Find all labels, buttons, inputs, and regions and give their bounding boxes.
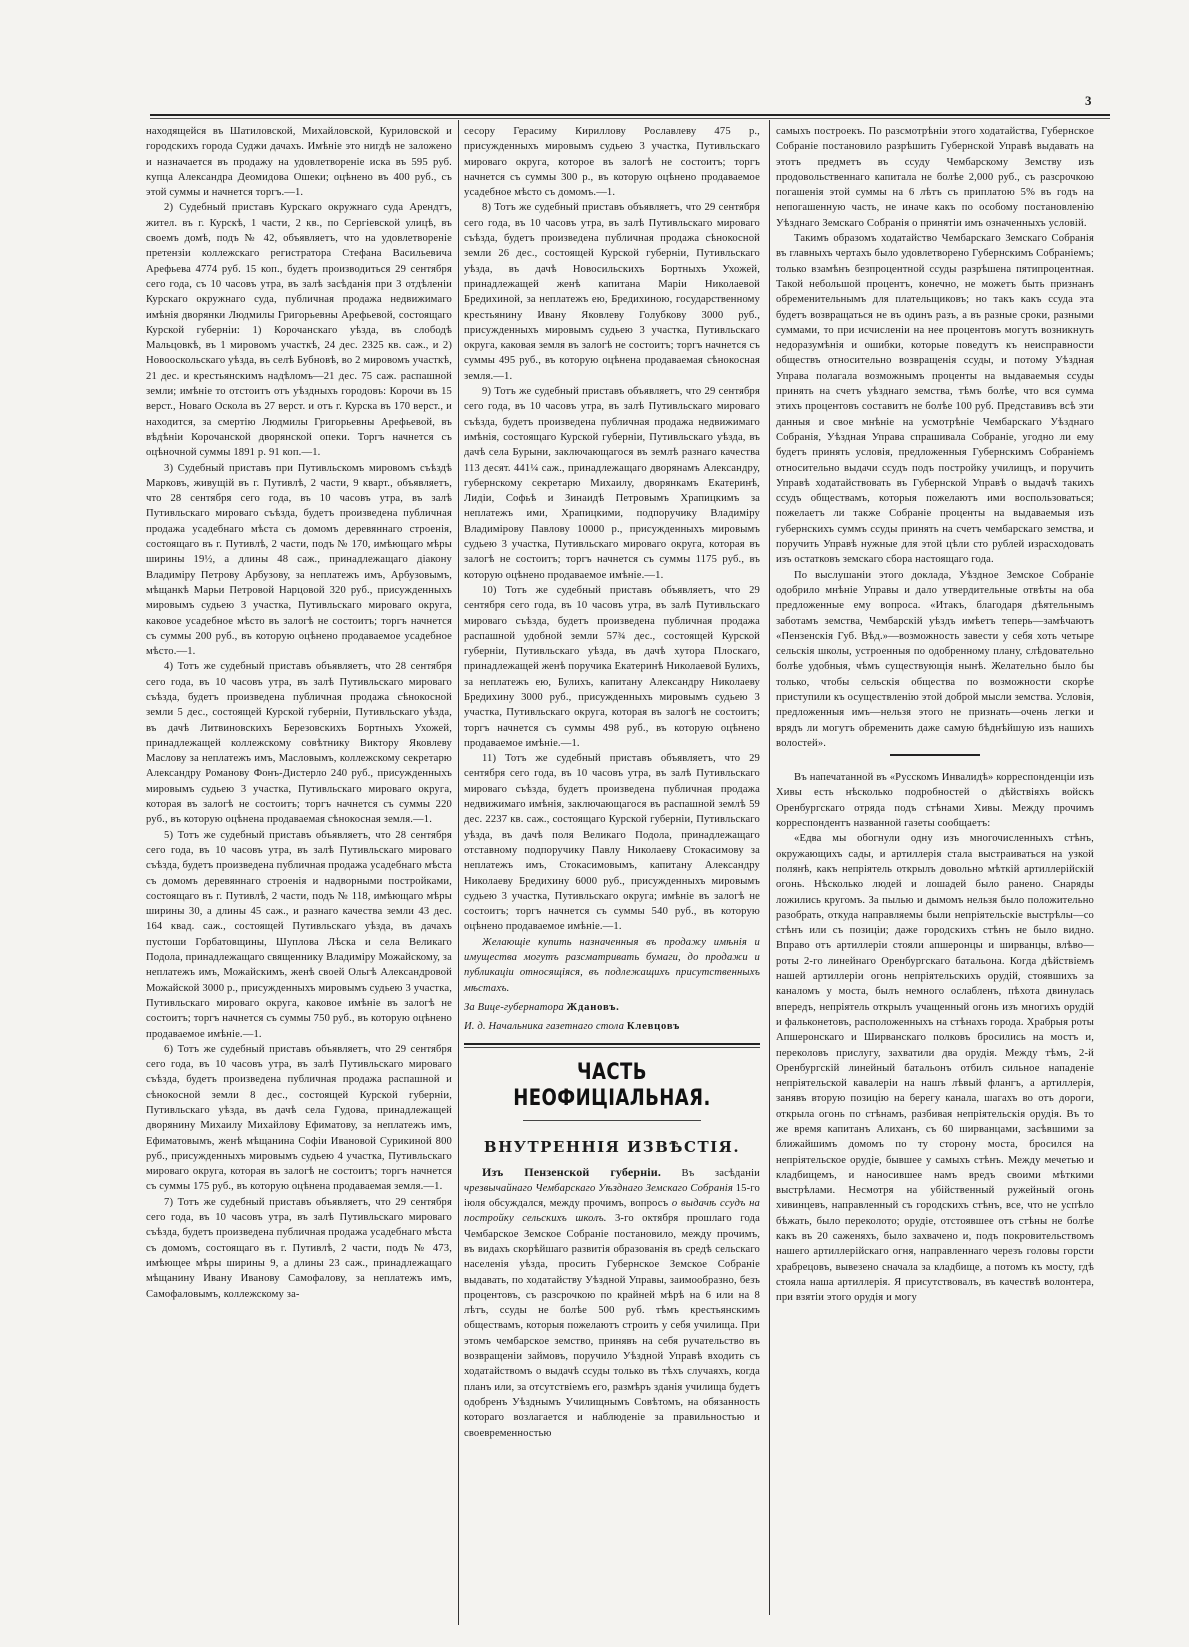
header-rule-thin (150, 118, 1110, 119)
notice-6: 6) Тотъ же судебный приставъ объявляетъ,… (146, 1042, 452, 1195)
article-text: 3-го октября прошлаго года Чембарское Зе… (464, 1213, 760, 1438)
column-unofficial-news: самыхъ построекъ. По разсмотрѣніи этого … (776, 124, 1094, 1306)
signature-name: Ждановъ. (567, 1002, 620, 1013)
article-paragraph: Такимъ образомъ ходатайство Чембарскаго … (776, 231, 1094, 568)
article-divider (890, 754, 980, 756)
article-penza: Изъ Пензенской губерніи. Въ засѣданіи чр… (464, 1165, 760, 1441)
signature-desk: И. д. Начальника газетнаго стола Клевцов… (464, 1019, 760, 1034)
notice-9: 9) Тотъ же судебный приставъ объявляетъ,… (464, 384, 760, 583)
column-official-notices-2: сесору Герасиму Кириллову Рославлеву 475… (464, 124, 760, 1441)
section-divider-thin (464, 1047, 760, 1048)
notice-4: 4) Тотъ же судебный приставъ объявляетъ,… (146, 659, 452, 827)
article-khiva-quote: «Едва мы обогнули одну изъ многочисленны… (776, 831, 1094, 1305)
article-italic: чрезвычайнаго Чембарскаго Уѣзднаго Земск… (464, 1183, 733, 1194)
buyers-notice: Желающіе купить назначенныя въ продажу и… (464, 935, 760, 996)
notice-8: 8) Тотъ же судебный приставъ объявляетъ,… (464, 200, 760, 384)
page-number: 3 (1085, 93, 1092, 109)
article-text: Въ засѣданіи (661, 1168, 760, 1179)
signature-vice-governor: За Вице-губернатора Ждановъ. (464, 1000, 760, 1015)
article-penza-continuation: самыхъ построекъ. По разсмотрѣніи этого … (776, 124, 1094, 231)
article-khiva-intro: Въ напечатанной въ «Русскомъ Инвалидѣ» к… (776, 770, 1094, 831)
notice-11: 11) Тотъ же судебный приставъ объявляетъ… (464, 751, 760, 935)
notice-2: 2) Судебный приставъ Курскаго окружнаго … (146, 200, 452, 460)
header-rule (150, 114, 1110, 116)
notice-10: 10) Тотъ же судебный приставъ объявляетъ… (464, 583, 760, 751)
notice-continuation: находящейся въ Шатиловской, Михайловской… (146, 124, 452, 200)
column-divider-1 (458, 120, 459, 1625)
signature-name: Клевцовъ (627, 1021, 680, 1032)
article-paragraph: По выслушаніи этого доклада, Уѣздное Зем… (776, 568, 1094, 752)
notice-7-continuation: сесору Герасиму Кириллову Рославлеву 475… (464, 124, 760, 200)
signature-label: И. д. Начальника газетнаго стола (464, 1021, 624, 1032)
section-title-unofficial: ЧАСТЬ НЕОФИЦІАЛЬНАЯ. (491, 1060, 734, 1112)
subsection-title-domestic-news: ВНУТРЕННІЯ ИЗВѢСТІЯ. (464, 1137, 760, 1157)
column-divider-2 (769, 120, 770, 1615)
column-official-notices-1: находящейся въ Шатиловской, Михайловской… (146, 124, 452, 1302)
section-divider-thin (523, 1120, 701, 1121)
notice-7: 7) Тотъ же судебный приставъ объявляетъ,… (146, 1195, 452, 1302)
notice-5: 5) Тотъ же судебный приставъ объявляетъ,… (146, 828, 452, 1042)
notice-3: 3) Судебный приставъ при Путивльскомъ ми… (146, 461, 452, 660)
signature-label: За Вице-губернатора (464, 1002, 564, 1013)
article-lead: Изъ Пензенской губерніи. (482, 1165, 661, 1179)
section-divider (464, 1043, 760, 1045)
